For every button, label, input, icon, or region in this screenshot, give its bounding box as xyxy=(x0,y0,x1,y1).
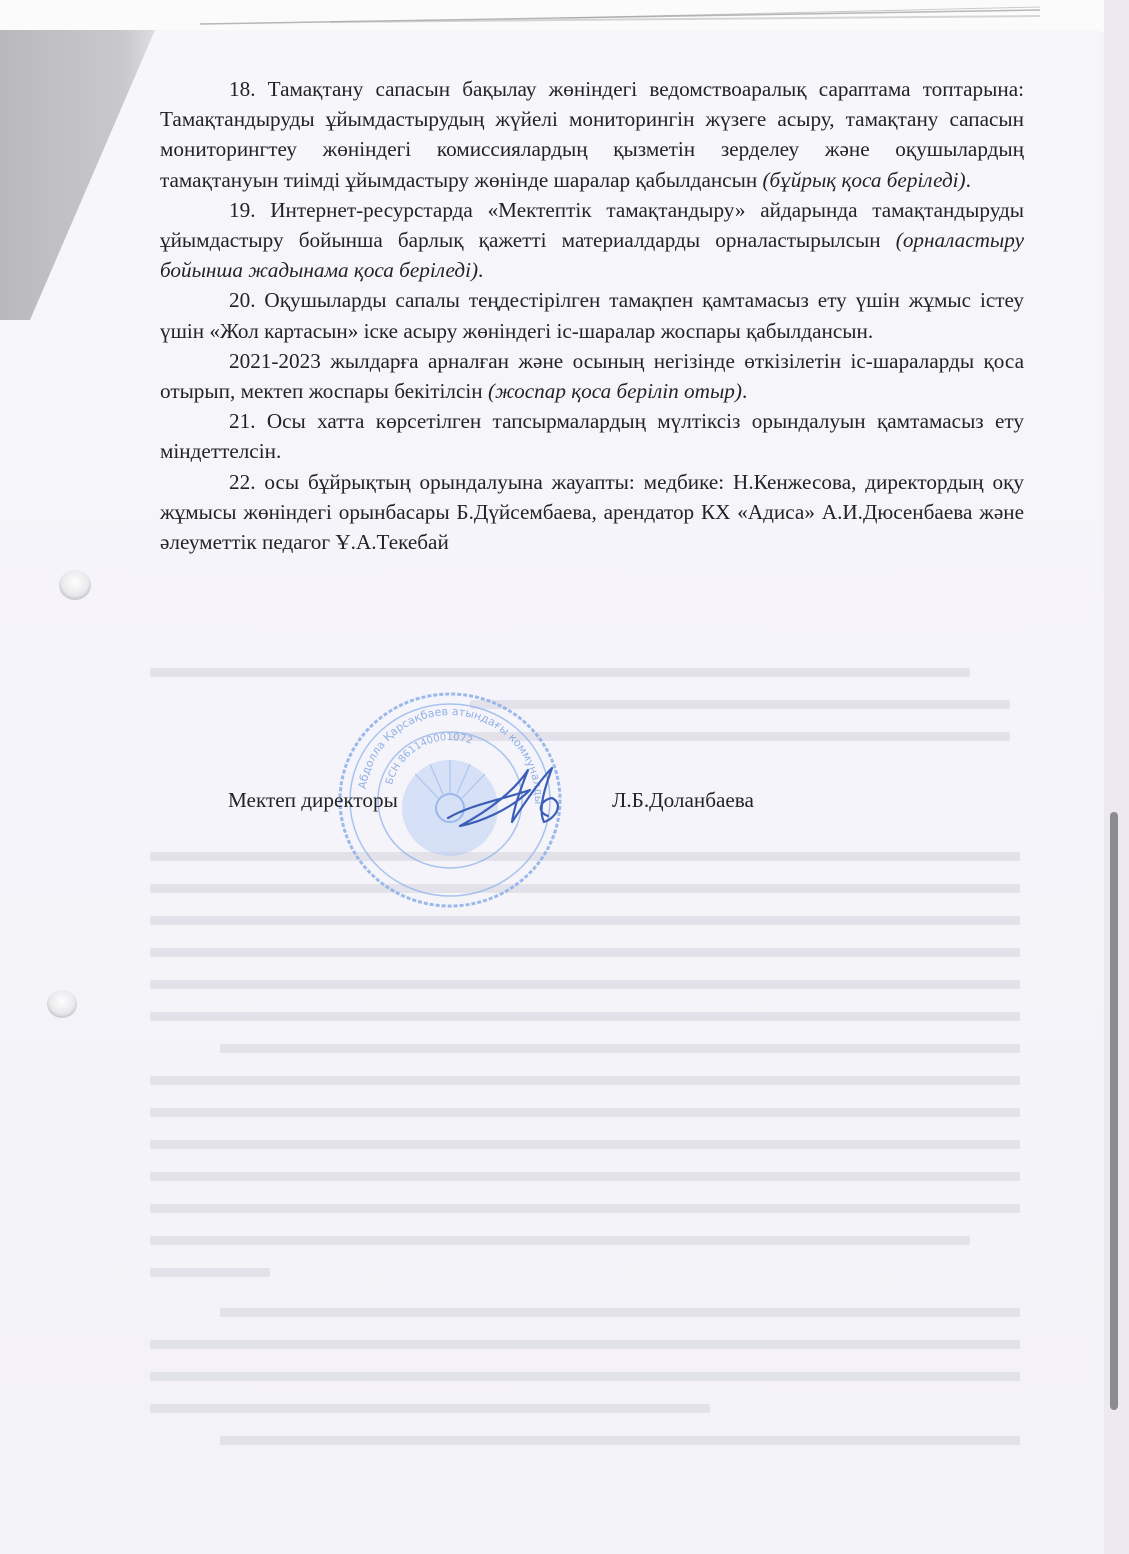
punch-hole-top xyxy=(59,570,91,600)
signature-title: Мектеп директоры xyxy=(228,788,398,813)
paragraph-18: 18. Тамақтану сапасын бақылау жөніндегі … xyxy=(160,74,1024,195)
scan-top-margin xyxy=(0,0,1129,32)
paragraph-text: 19. Интернет-ресурстарда «Мектептік тама… xyxy=(160,198,1024,252)
paragraph-20-plan: 2021-2023 жылдарға арналған және осының … xyxy=(160,346,1024,406)
scrollbar-thumb[interactable] xyxy=(1110,812,1118,1410)
reverse-side-bleed-through xyxy=(150,640,1030,1460)
document-viewer: 18. Тамақтану сапасын бақылау жөніндегі … xyxy=(0,0,1129,1554)
paragraph-note: (жоспар қоса беріліп отыр) xyxy=(488,379,742,403)
paragraph-text: 20. Оқушыларды сапалы теңдестірілген там… xyxy=(160,288,1024,342)
paragraph-tail: . xyxy=(742,379,747,403)
scan-edge-artifact xyxy=(200,4,1040,26)
director-name: Л.Б.Доланбаева xyxy=(612,788,754,813)
document-body: 18. Тамақтану сапасын бақылау жөніндегі … xyxy=(160,74,1024,557)
punch-hole-bottom xyxy=(47,990,77,1018)
paragraph-21: 21. Осы хатта көрсетілген тапсырмалардың… xyxy=(160,406,1024,466)
paragraph-text: 22. осы бұйрықтың орындалуына жауапты: м… xyxy=(160,470,1024,554)
paragraph-note: (бұйрық қоса беріледі) xyxy=(762,168,965,192)
paragraph-tail: . xyxy=(478,258,483,282)
handwritten-signature xyxy=(440,760,580,835)
paragraph-19: 19. Интернет-ресурстарда «Мектептік тама… xyxy=(160,195,1024,286)
paragraph-text: 21. Осы хатта көрсетілген тапсырмалардың… xyxy=(160,409,1024,463)
scan-shadow-wedge xyxy=(0,30,160,320)
paragraph-tail: . xyxy=(966,168,971,192)
paragraph-22: 22. осы бұйрықтың орындалуына жауапты: м… xyxy=(160,467,1024,558)
paragraph-20: 20. Оқушыларды сапалы теңдестірілген там… xyxy=(160,285,1024,345)
